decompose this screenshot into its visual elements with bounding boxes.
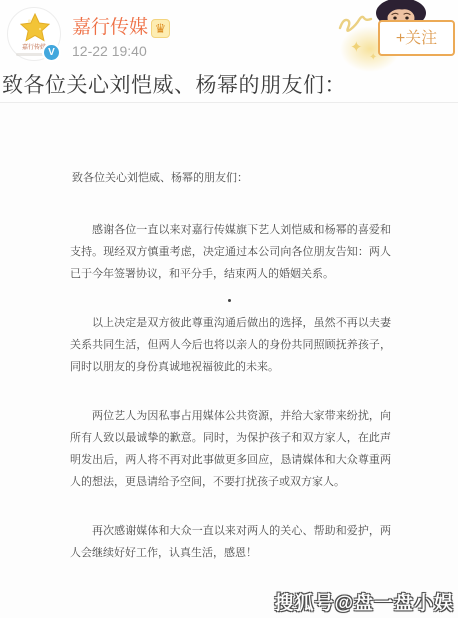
follow-button[interactable]: +关注 bbox=[378, 20, 455, 56]
weibo-post-page: 嘉行传媒 V 嘉行传媒 ♛ 12-22 19:40 ✦ ✦ +关注 致各位关心刘… bbox=[0, 0, 458, 618]
letter-body: 致各位关心刘恺威、杨幂的朋友们： 感谢各位一直以来对嘉行传媒旗下艺人刘恺威和杨幂… bbox=[70, 167, 391, 564]
statement-letter-image[interactable]: 致各位关心刘恺威、杨幂的朋友们： 感谢各位一直以来对嘉行传媒旗下艺人刘恺威和杨幂… bbox=[0, 102, 458, 618]
star-logo-icon bbox=[20, 13, 50, 43]
letter-paragraph: 感谢各位一直以来对嘉行传媒旗下艺人刘恺威和杨幂的喜爱和支持。现经双方慎重考虑，决… bbox=[70, 219, 391, 285]
sohu-watermark: 搜狐号@盘一盘小娱 bbox=[274, 588, 454, 615]
vip-crown-icon: ♛ bbox=[151, 19, 170, 38]
post-timestamp: 12-22 19:40 bbox=[72, 43, 147, 59]
post-title: 致各位关心刘恺威、杨幂的朋友们： bbox=[2, 71, 456, 101]
sparkle-icon: ✦ bbox=[350, 38, 363, 56]
letter-paragraph: 再次感谢媒体和大众一直以来对两人的关心、帮助和爱护，两人会继续好好工作，认真生活… bbox=[70, 520, 391, 564]
letter-salutation: 致各位关心刘恺威、杨幂的朋友们： bbox=[72, 167, 391, 189]
sparkle-icon: ✦ bbox=[369, 52, 377, 63]
verified-v-icon: V bbox=[42, 43, 61, 62]
scan-speck-dot bbox=[228, 299, 231, 302]
letter-paragraph: 以上决定是双方彼此尊重沟通后做出的选择，虽然不再以夫妻关系共同生活，但两人今后也… bbox=[70, 312, 391, 378]
username-link[interactable]: 嘉行传媒 bbox=[72, 16, 148, 40]
letter-paragraph: 两位艺人为因私事占用媒体公共资源，并给大家带来纷扰，向所有人致以最诚挚的歉意。同… bbox=[70, 405, 391, 493]
